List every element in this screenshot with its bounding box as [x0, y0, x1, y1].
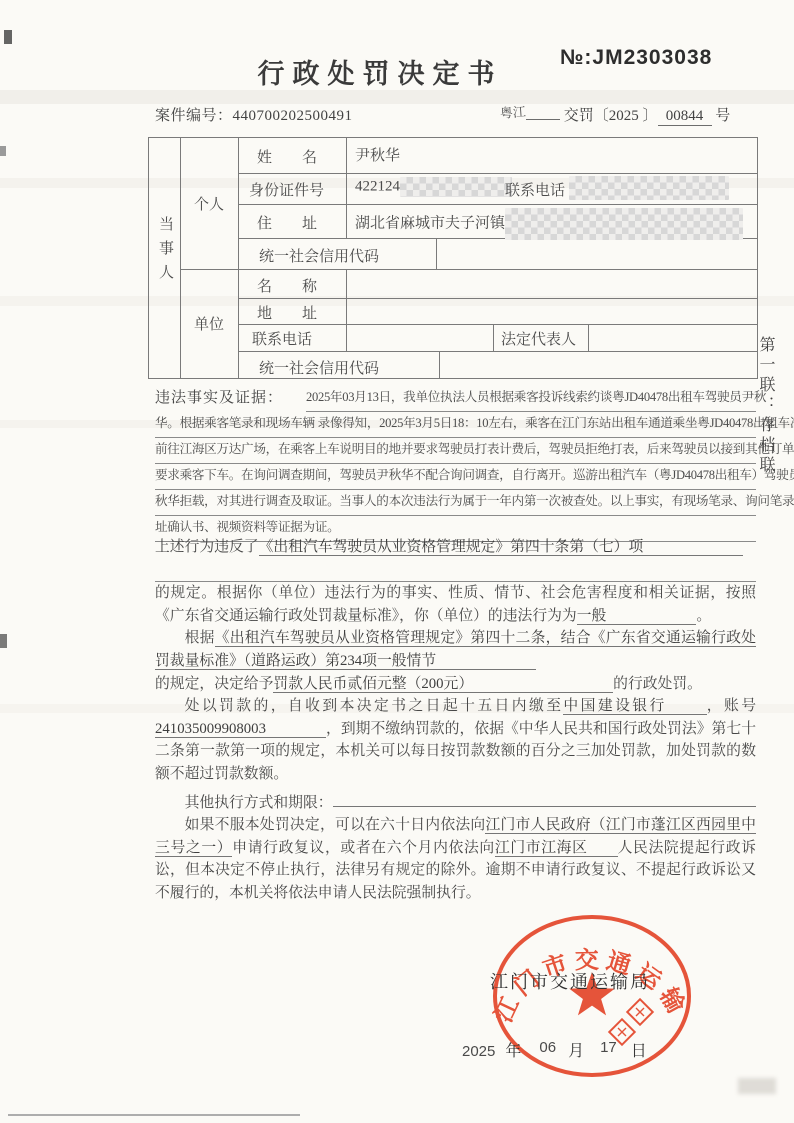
date-year-label: 年	[505, 1038, 521, 1061]
other-execution-blank	[333, 786, 756, 807]
according-pre: 根据	[185, 630, 215, 646]
decide-paragraph: 的规定，决定给予罚款人民币贰佰元整（200元）的行政处罚。	[155, 673, 756, 696]
appeal-pre: 如果不服本处罚决定，可以在六十日内依法向	[185, 817, 486, 833]
basis-post: 。	[696, 608, 711, 624]
date-month: 06	[539, 1039, 556, 1056]
name-value: 尹秋华	[355, 144, 400, 165]
address-label: 住 址	[257, 212, 317, 233]
bank-fill: 中国建设银行	[563, 698, 706, 715]
id-value: 422124	[355, 178, 400, 194]
table-line	[180, 138, 181, 378]
payment-mid: ，账号	[707, 698, 756, 714]
table-line	[493, 324, 494, 351]
phone-label: 联系电话	[505, 179, 565, 200]
case-number-value: 440700202500491	[233, 108, 353, 124]
facts-line: 要求乘客下车。在询问调查期间，驾驶员尹秋华不配合询问调查，自行离开。巡游出租汽车…	[155, 463, 756, 490]
table-line	[180, 269, 757, 270]
scan-artifact	[0, 146, 6, 156]
decision-date: 2025 年 06 月 17 日	[462, 1038, 647, 1061]
penalty-decision-document: 行政处罚决定书 №:JM2303038 案件编号：440700202500491…	[0, 0, 794, 1123]
violated-paragraph: 上述行为违反了《出租汽车驾驶员从业资格管理规定》第四十条第（七）项	[155, 536, 756, 559]
table-line	[588, 324, 589, 351]
table-line	[238, 204, 757, 205]
name-label: 姓 名	[257, 146, 317, 167]
ref-serial: 00844	[658, 108, 712, 126]
case-number-line: 案件编号：440700202500491	[155, 104, 353, 125]
violated-pre: 上述行为违反了	[155, 539, 259, 555]
individual-stub-label: 个人	[194, 193, 224, 214]
id-value-row: 422124	[355, 177, 512, 197]
account-fill: 241035009908003	[155, 721, 326, 738]
severity-fill: 一般	[577, 608, 697, 625]
decision-body: 上述行为违反了《出租汽车驾驶员从业资格管理规定》第四十条第（七）项 的规定。根据…	[155, 536, 756, 905]
address-value: 湖北省麻城市夫子河镇	[355, 215, 505, 231]
according-paragraph: 根据《出租汽车驾驶员从业资格管理规定》第四十二条，结合《广东省交通运输行政处罚裁…	[155, 627, 756, 672]
ref-suffix: 号	[715, 108, 730, 124]
court-fill: 江门市江海区	[495, 840, 618, 857]
other-execution-row: 其他执行方式和期限：	[155, 786, 756, 815]
table-line	[346, 138, 347, 238]
blank-ruled-line	[155, 559, 756, 583]
document-number: №:JM2303038	[560, 46, 712, 70]
id-redaction-mosaic	[400, 177, 512, 197]
party-stub-label: 当事人	[155, 216, 176, 288]
address-redaction-mosaic	[505, 208, 743, 240]
unit-name-label: 名 称	[257, 275, 317, 296]
table-line	[238, 173, 757, 174]
decide-post: 的行政处罚。	[613, 676, 702, 692]
date-day: 17	[600, 1039, 617, 1056]
violated-regulation-fill: 《出租汽车驾驶员从业资格管理规定》第四十条第（七）项	[259, 539, 744, 556]
facts-line: 2025年03月13日，我单位执法人员根据乘客投诉线索约谈粤JD40478出租车…	[306, 385, 756, 412]
date-year: 2025	[462, 1043, 495, 1060]
facts-line: 秋华拒载，对其进行调查及取证。当事人的本次违法行为属于一年内第一次被查处。以上事…	[155, 489, 756, 516]
party-info-table: 当事人 个人 单位 姓 名 尹秋华 身份证件号 422124 联系电话 住 址 …	[148, 137, 758, 379]
appeal-paragraph: 如果不服本处罚决定，可以在六十日内依法向江门市人民政府（江门市蓬江区西园里中三号…	[155, 814, 756, 904]
scan-artifact	[8, 1114, 300, 1116]
issuing-authority: 江门市交通运输局	[490, 968, 650, 994]
table-line	[238, 138, 239, 378]
ref-mid: 交罚〔2025 〕	[564, 108, 658, 124]
scan-band	[0, 90, 794, 104]
payment-pre: 处以罚款的，自收到本决定书之日起十五日内缴至	[185, 698, 564, 714]
appeal-mid: 申请行政复议，或者在六个月内依法向	[232, 840, 495, 856]
date-month-label: 月	[568, 1038, 584, 1061]
case-number-label: 案件编号：	[155, 108, 233, 124]
unit-stub-label: 单位	[194, 313, 224, 334]
according-fill: 《出租汽车驾驶员从业资格管理规定》第四十二条，结合《广东省交通运输行政处罚裁量标…	[155, 630, 756, 670]
table-line	[238, 351, 757, 352]
phone-redaction-mosaic	[569, 176, 729, 200]
reference-number-line: 粤江 交罚〔2025 〕00844 号	[500, 104, 730, 126]
unit-phone-label: 联系电话	[252, 328, 312, 349]
table-line	[436, 238, 437, 269]
basis-paragraph: 的规定。根据你（单位）违法行为的事实、性质、情节、社会危害程度和相关证据，按照《…	[155, 582, 756, 627]
payment-paragraph: 处以罚款的，自收到本决定书之日起十五日内缴至中国建设银行，账号241035009…	[155, 695, 756, 785]
table-line	[346, 269, 347, 351]
legal-rep-label: 法定代表人	[501, 328, 576, 349]
facts-line: 华。根据乘客笔录和现场车辆 录像得知，2025年3月5日18：10左右，乘客在江…	[155, 411, 756, 438]
region-stamp: 粤江	[499, 101, 526, 122]
scan-artifact	[0, 634, 7, 648]
table-line	[238, 324, 757, 325]
facts-section-label: 违法事实及证据：	[155, 386, 283, 407]
date-day-label: 日	[631, 1038, 647, 1061]
region-underline	[526, 105, 560, 120]
scan-artifact	[4, 30, 12, 44]
table-line	[439, 351, 440, 378]
copy-designation-label: 第一联：存档联	[754, 336, 777, 476]
other-execution-label: 其他执行方式和期限：	[155, 792, 333, 815]
penalty-fill: 罚款人民币贰佰元整（200元）	[273, 676, 613, 693]
address-value-row: 湖北省麻城市夫子河镇	[355, 208, 743, 240]
table-line	[238, 298, 757, 299]
scan-artifact	[738, 1078, 776, 1094]
id-label: 身份证件号	[249, 179, 324, 200]
unit-credit-code-label: 统一社会信用代码	[259, 357, 379, 378]
facts-line: 前往江海区万达广场，在乘客上车说明目的地并要求驾驶员打表计费后，驾驶员拒绝打表，…	[155, 437, 756, 464]
credit-code-label: 统一社会信用代码	[259, 245, 379, 266]
unit-address-label: 地 址	[257, 302, 317, 323]
decide-pre: 的规定，决定给予	[155, 676, 273, 692]
